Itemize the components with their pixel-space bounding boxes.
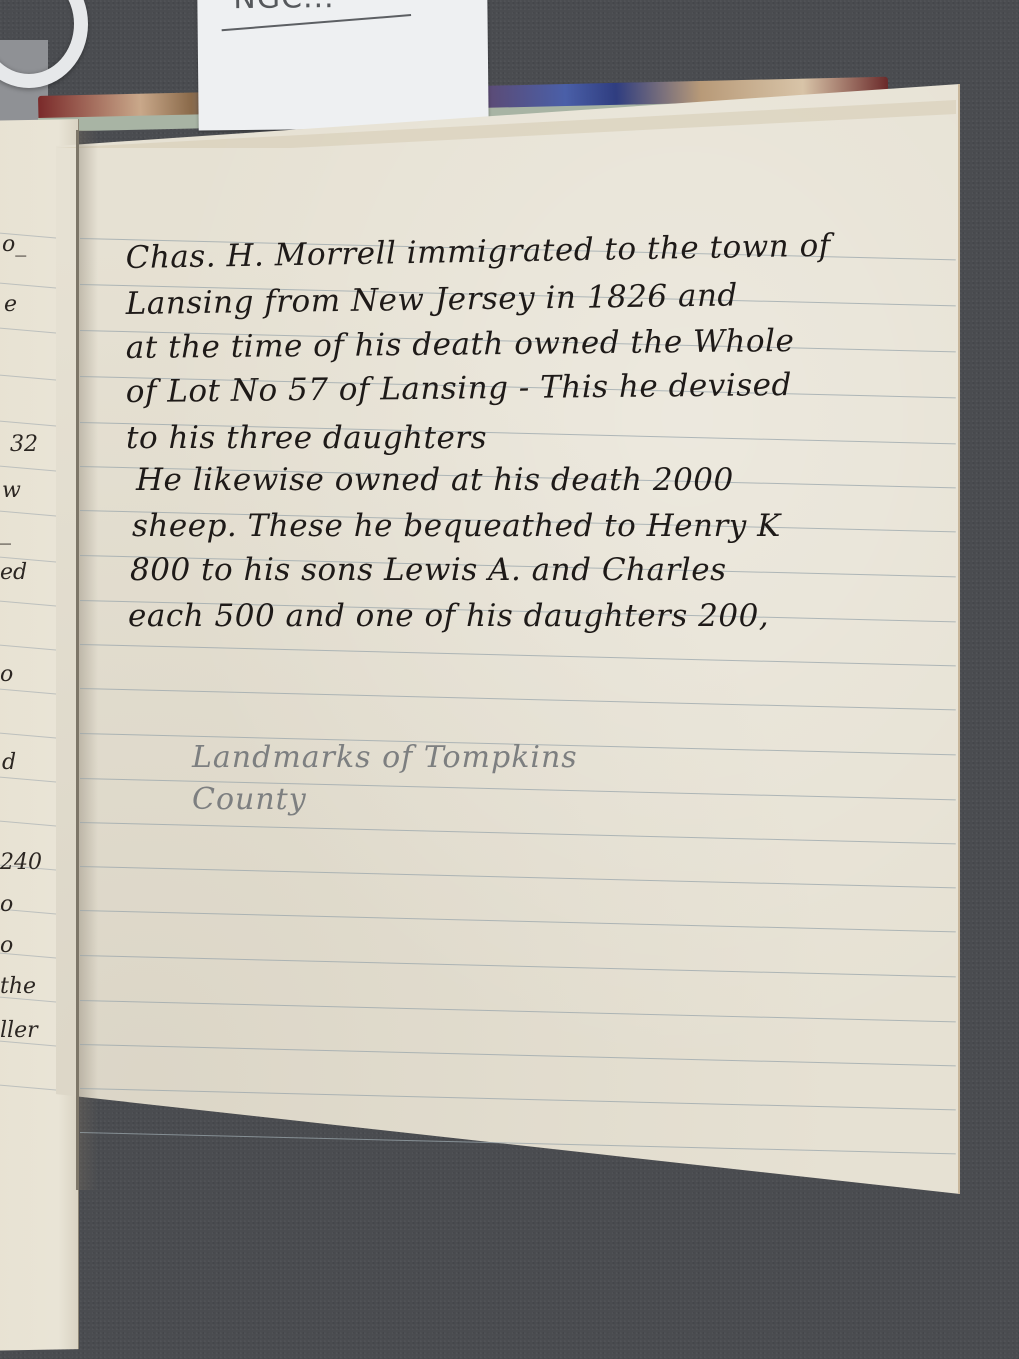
left-page-fragment: e	[4, 292, 17, 317]
left-page-fragment: ed	[0, 560, 27, 585]
left-page-fragment: 32	[10, 432, 38, 457]
left-page-fragment: d	[2, 750, 16, 775]
ink-text-line: of Lot No 57 of Lansing - This he devise…	[126, 367, 792, 410]
book-gutter	[76, 130, 79, 1190]
white-cord	[0, 0, 88, 88]
left-page-fragment: o	[0, 892, 13, 917]
left-page-fragment: w	[2, 478, 21, 503]
ink-text-line: sheep. These he bequeathed to Henry K	[132, 508, 781, 544]
ink-text-line: at the time of his death owned the Whole	[126, 323, 795, 366]
label-underline	[222, 14, 412, 31]
left-page-fragment: 240	[0, 850, 42, 875]
left-page-fragment: o	[0, 662, 13, 687]
ink-text-line: to his three daughters	[126, 420, 487, 456]
document-photo: NGC... o_ e 32 w _ ed o d 240 o o the ll…	[0, 0, 1019, 1359]
pencil-note-line: Landmarks of Tompkins	[192, 740, 578, 775]
ink-text-line: each 500 and one of his daughters 200,	[128, 598, 769, 634]
pencil-note-line: County	[192, 782, 307, 817]
left-page-fragment: ller	[0, 1018, 38, 1043]
label-card-text: NGC...	[233, 0, 335, 16]
ink-text-line: 800 to his sons Lewis A. and Charles	[130, 552, 726, 588]
left-page-fragment: o_	[2, 232, 26, 257]
ink-text-line: He likewise owned at his death 2000	[136, 462, 734, 498]
left-page-fragment: o	[0, 933, 13, 958]
label-card: NGC...	[197, 0, 488, 131]
spine-shadow	[78, 130, 98, 1190]
left-page-fragment: the	[0, 974, 36, 999]
left-page-fragment: _	[0, 520, 11, 545]
